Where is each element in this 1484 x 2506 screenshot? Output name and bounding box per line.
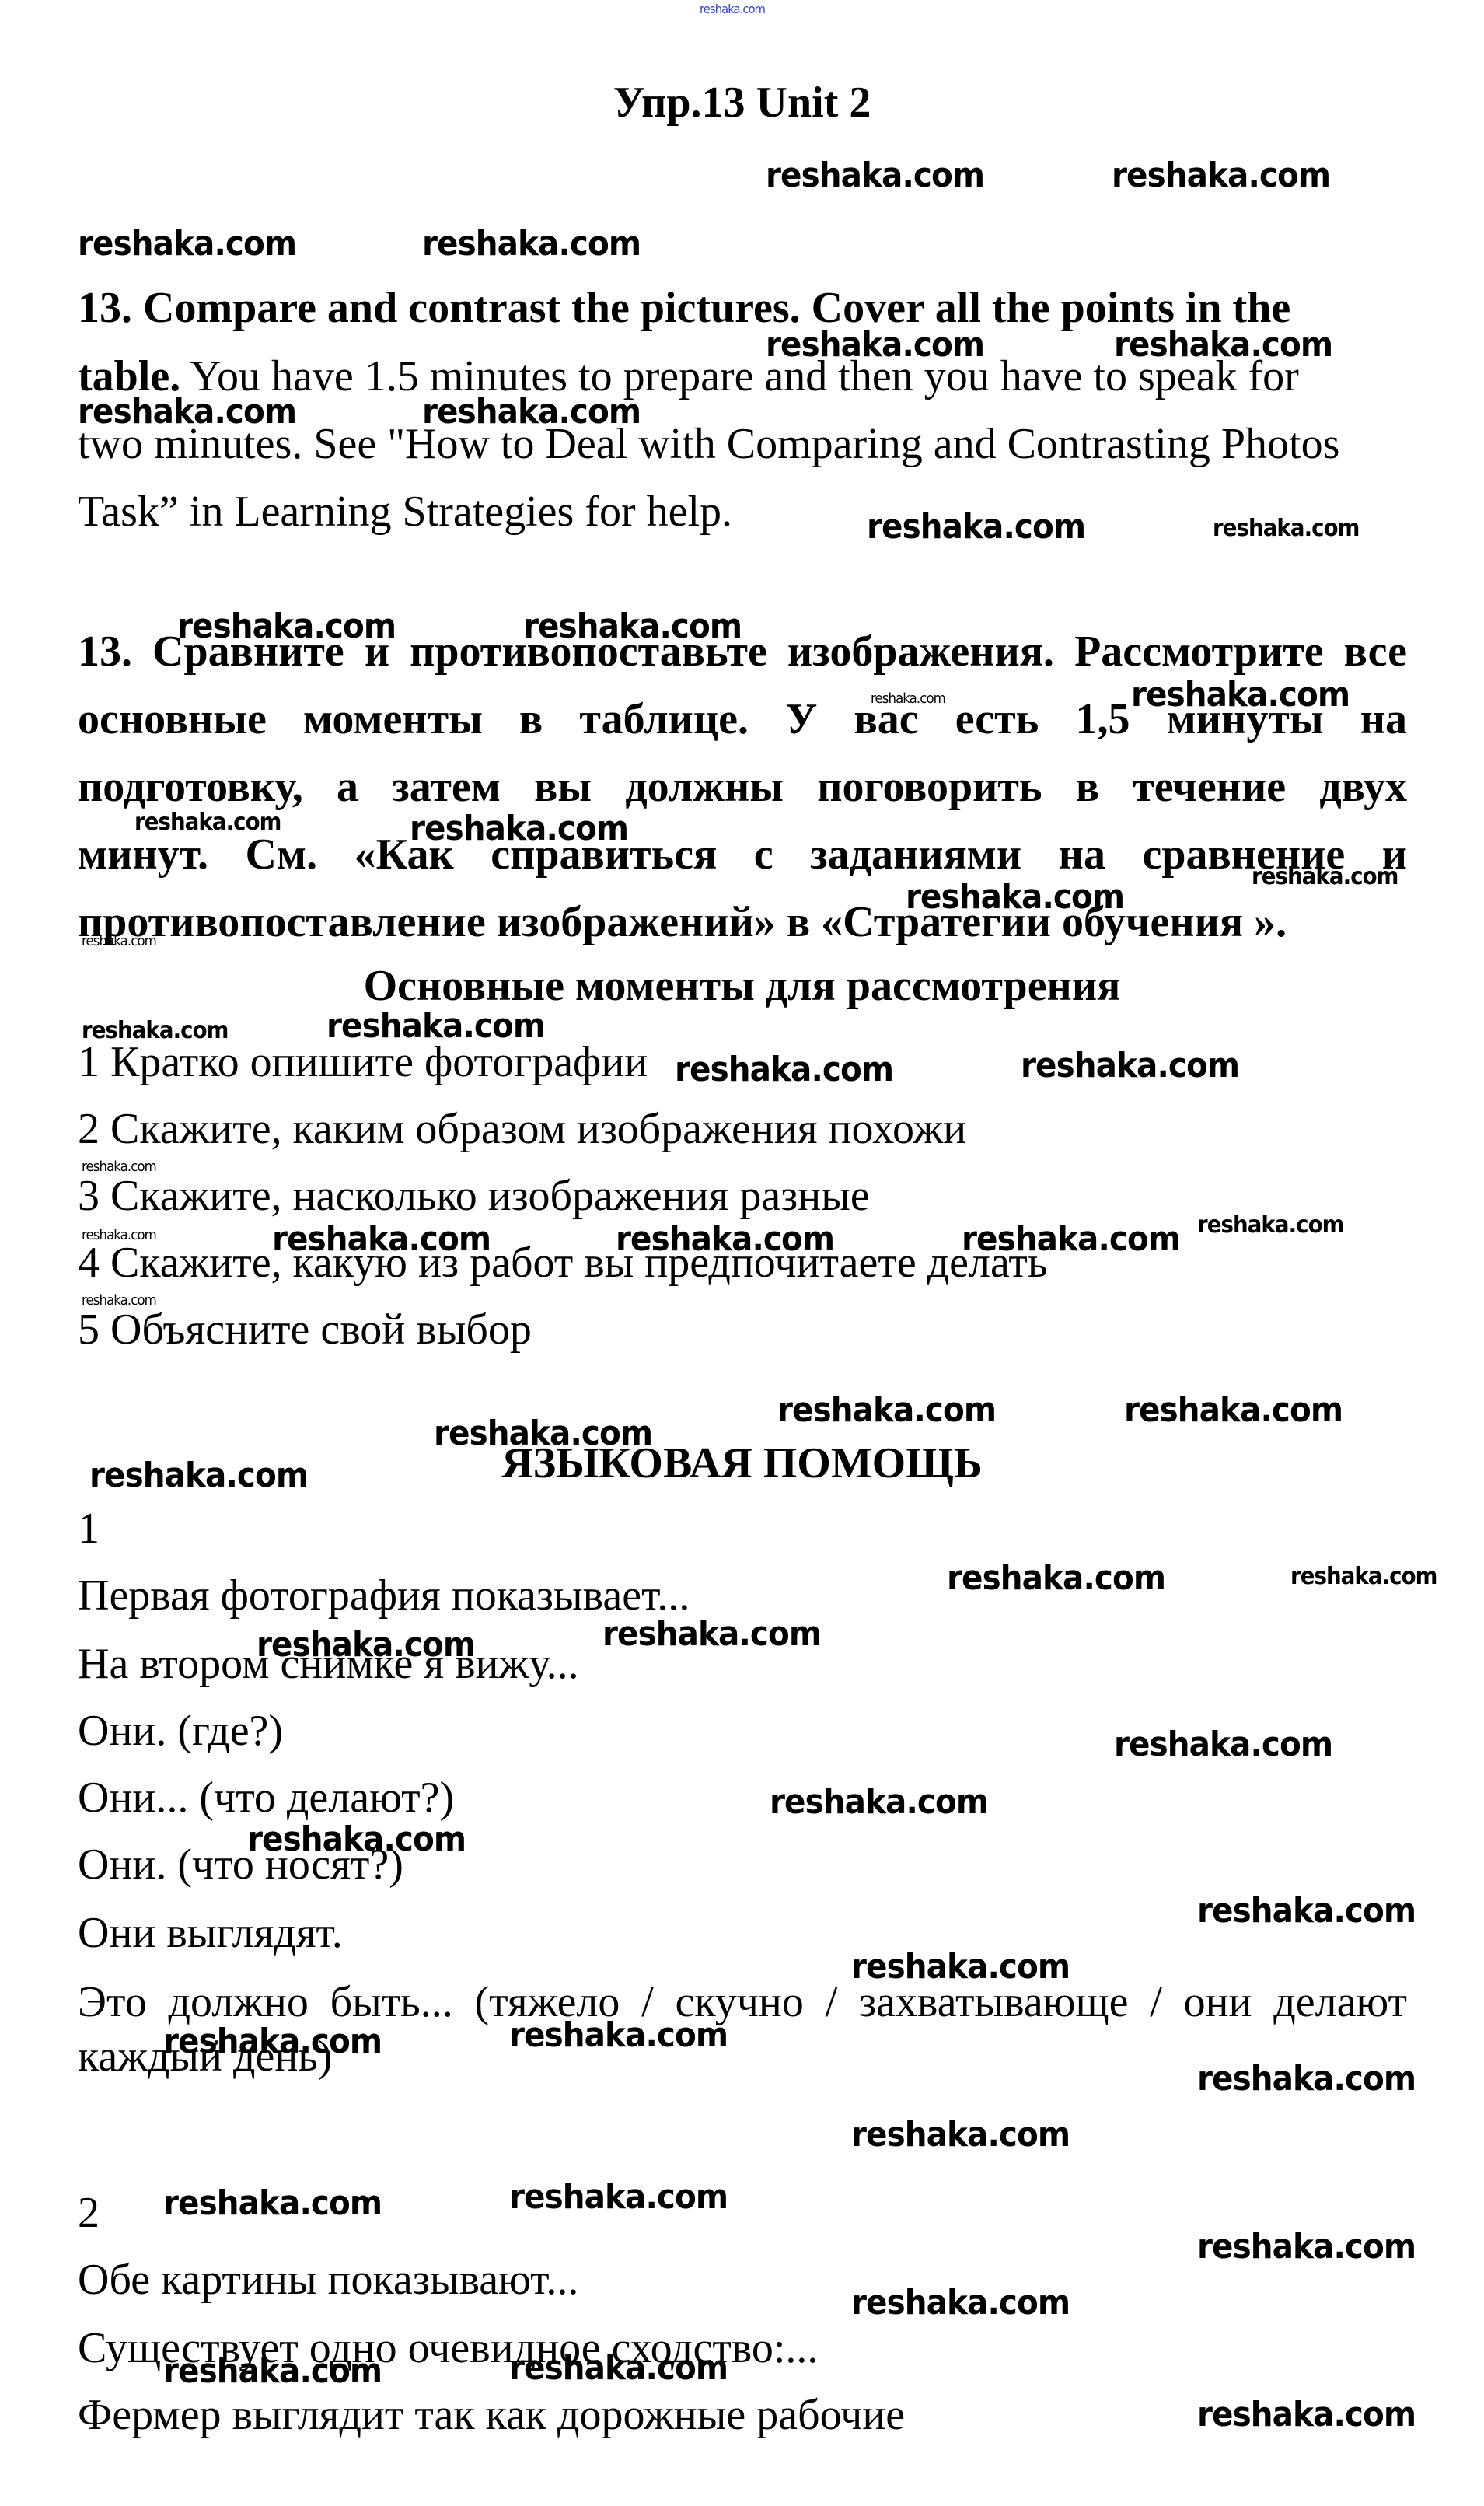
- help-phrase: Они. (где?): [78, 1707, 283, 1754]
- watermark: reshaka.com: [1197, 2059, 1416, 2099]
- watermark: reshaka.com: [1290, 1563, 1437, 1590]
- watermark: reshaka.com: [1112, 156, 1330, 195]
- watermark: reshaka.com: [1197, 2395, 1416, 2434]
- watermark: reshaka.com: [509, 2348, 728, 2388]
- watermark: reshaka.com: [82, 1017, 228, 1044]
- watermark: reshaka.com: [82, 1227, 156, 1243]
- watermark: reshaka.com: [1197, 2227, 1416, 2267]
- site-watermark-top: reshaka.com: [700, 2, 765, 16]
- watermark: reshaka.com: [82, 933, 156, 949]
- section-2-number: 2: [78, 2190, 100, 2236]
- watermark: reshaka.com: [509, 2015, 728, 2055]
- watermark: reshaka.com: [851, 2115, 1070, 2155]
- point-item: 4 Скажите, какую из работ вы предпочитае…: [78, 1239, 1047, 1286]
- section-1-number: 1: [78, 1505, 100, 1552]
- watermark: reshaka.com: [962, 1219, 1180, 1259]
- watermark: reshaka.com: [272, 1219, 491, 1259]
- watermark: reshaka.com: [675, 1050, 893, 1089]
- watermark: reshaka.com: [163, 2022, 382, 2061]
- help-phrase: Они выглядят.: [78, 1910, 343, 1956]
- watermark: reshaka.com: [851, 2283, 1070, 2323]
- russian-task-line: противопоставление изображений» в «Страт…: [78, 889, 1407, 956]
- help-phrase: Они... (что делают?): [78, 1774, 454, 1821]
- watermark: reshaka.com: [422, 224, 641, 264]
- watermark: reshaka.com: [78, 392, 296, 432]
- watermark: reshaka.com: [851, 1947, 1070, 1987]
- watermark: reshaka.com: [1114, 325, 1332, 365]
- watermark: reshaka.com: [1114, 1725, 1332, 1764]
- watermark: reshaka.com: [766, 156, 984, 195]
- point-item: 5 Объясните свой выбор: [78, 1306, 532, 1353]
- watermark: reshaka.com: [78, 224, 296, 264]
- watermark: reshaka.com: [1021, 1046, 1239, 1085]
- watermark: reshaka.com: [766, 325, 984, 365]
- watermark: reshaka.com: [509, 2177, 728, 2217]
- point-item: 2 Скажите, каким образом изображения пох…: [78, 1106, 966, 1152]
- watermark: reshaka.com: [1124, 1390, 1343, 1430]
- help-phrase: Обе картины показывают...: [78, 2256, 578, 2303]
- watermark: reshaka.com: [770, 1782, 988, 1822]
- help-phrase: Фермер выглядит так как дорожные рабочие: [78, 2392, 905, 2438]
- english-task-line-4: Task” in Learning Strategies for help.: [78, 488, 732, 535]
- watermark: reshaka.com: [777, 1390, 996, 1430]
- watermark: reshaka.com: [257, 1625, 475, 1665]
- watermark: reshaka.com: [89, 1456, 308, 1495]
- watermark: reshaka.com: [163, 2351, 382, 2391]
- watermark: reshaka.com: [82, 1159, 156, 1175]
- watermark: reshaka.com: [602, 1614, 821, 1654]
- watermark: reshaka.com: [871, 690, 945, 707]
- watermark: reshaka.com: [410, 809, 628, 848]
- watermark: reshaka.com: [616, 1219, 834, 1259]
- watermark: reshaka.com: [134, 809, 281, 836]
- watermark: reshaka.com: [1131, 675, 1350, 715]
- watermark: reshaka.com: [867, 507, 1085, 547]
- watermark: reshaka.com: [177, 606, 396, 646]
- watermark: reshaka.com: [434, 1414, 652, 1453]
- watermark: reshaka.com: [1213, 515, 1359, 542]
- watermark: reshaka.com: [523, 606, 742, 646]
- watermark: reshaka.com: [947, 1558, 1165, 1598]
- watermark: reshaka.com: [422, 392, 641, 432]
- watermark: reshaka.com: [247, 1819, 466, 1859]
- points-heading: Основные моменты для рассмотрения: [0, 961, 1484, 1011]
- watermark: reshaka.com: [1197, 1211, 1343, 1239]
- watermark: reshaka.com: [1197, 1891, 1416, 1931]
- watermark: reshaka.com: [906, 877, 1124, 917]
- russian-task: 13. Сравните и противопоставьте изображе…: [78, 618, 1407, 956]
- watermark: reshaka.com: [82, 1292, 156, 1309]
- page-title: Упр.13 Unit 2: [0, 78, 1484, 128]
- watermark: reshaka.com: [163, 2183, 382, 2223]
- watermark: reshaka.com: [1252, 863, 1398, 890]
- point-item: 3 Скажите, насколько изображения разные: [78, 1173, 870, 1219]
- english-task-line-1: 13. Compare and contrast the pictures. C…: [78, 285, 1290, 331]
- watermark: reshaka.com: [326, 1006, 545, 1046]
- point-item: 1 Кратко опишите фотографии: [78, 1039, 648, 1085]
- help-phrase: Первая фотография показывает...: [78, 1572, 690, 1619]
- document-page: reshaka.com Упр.13 Unit 2 13. Compare an…: [0, 0, 1484, 2506]
